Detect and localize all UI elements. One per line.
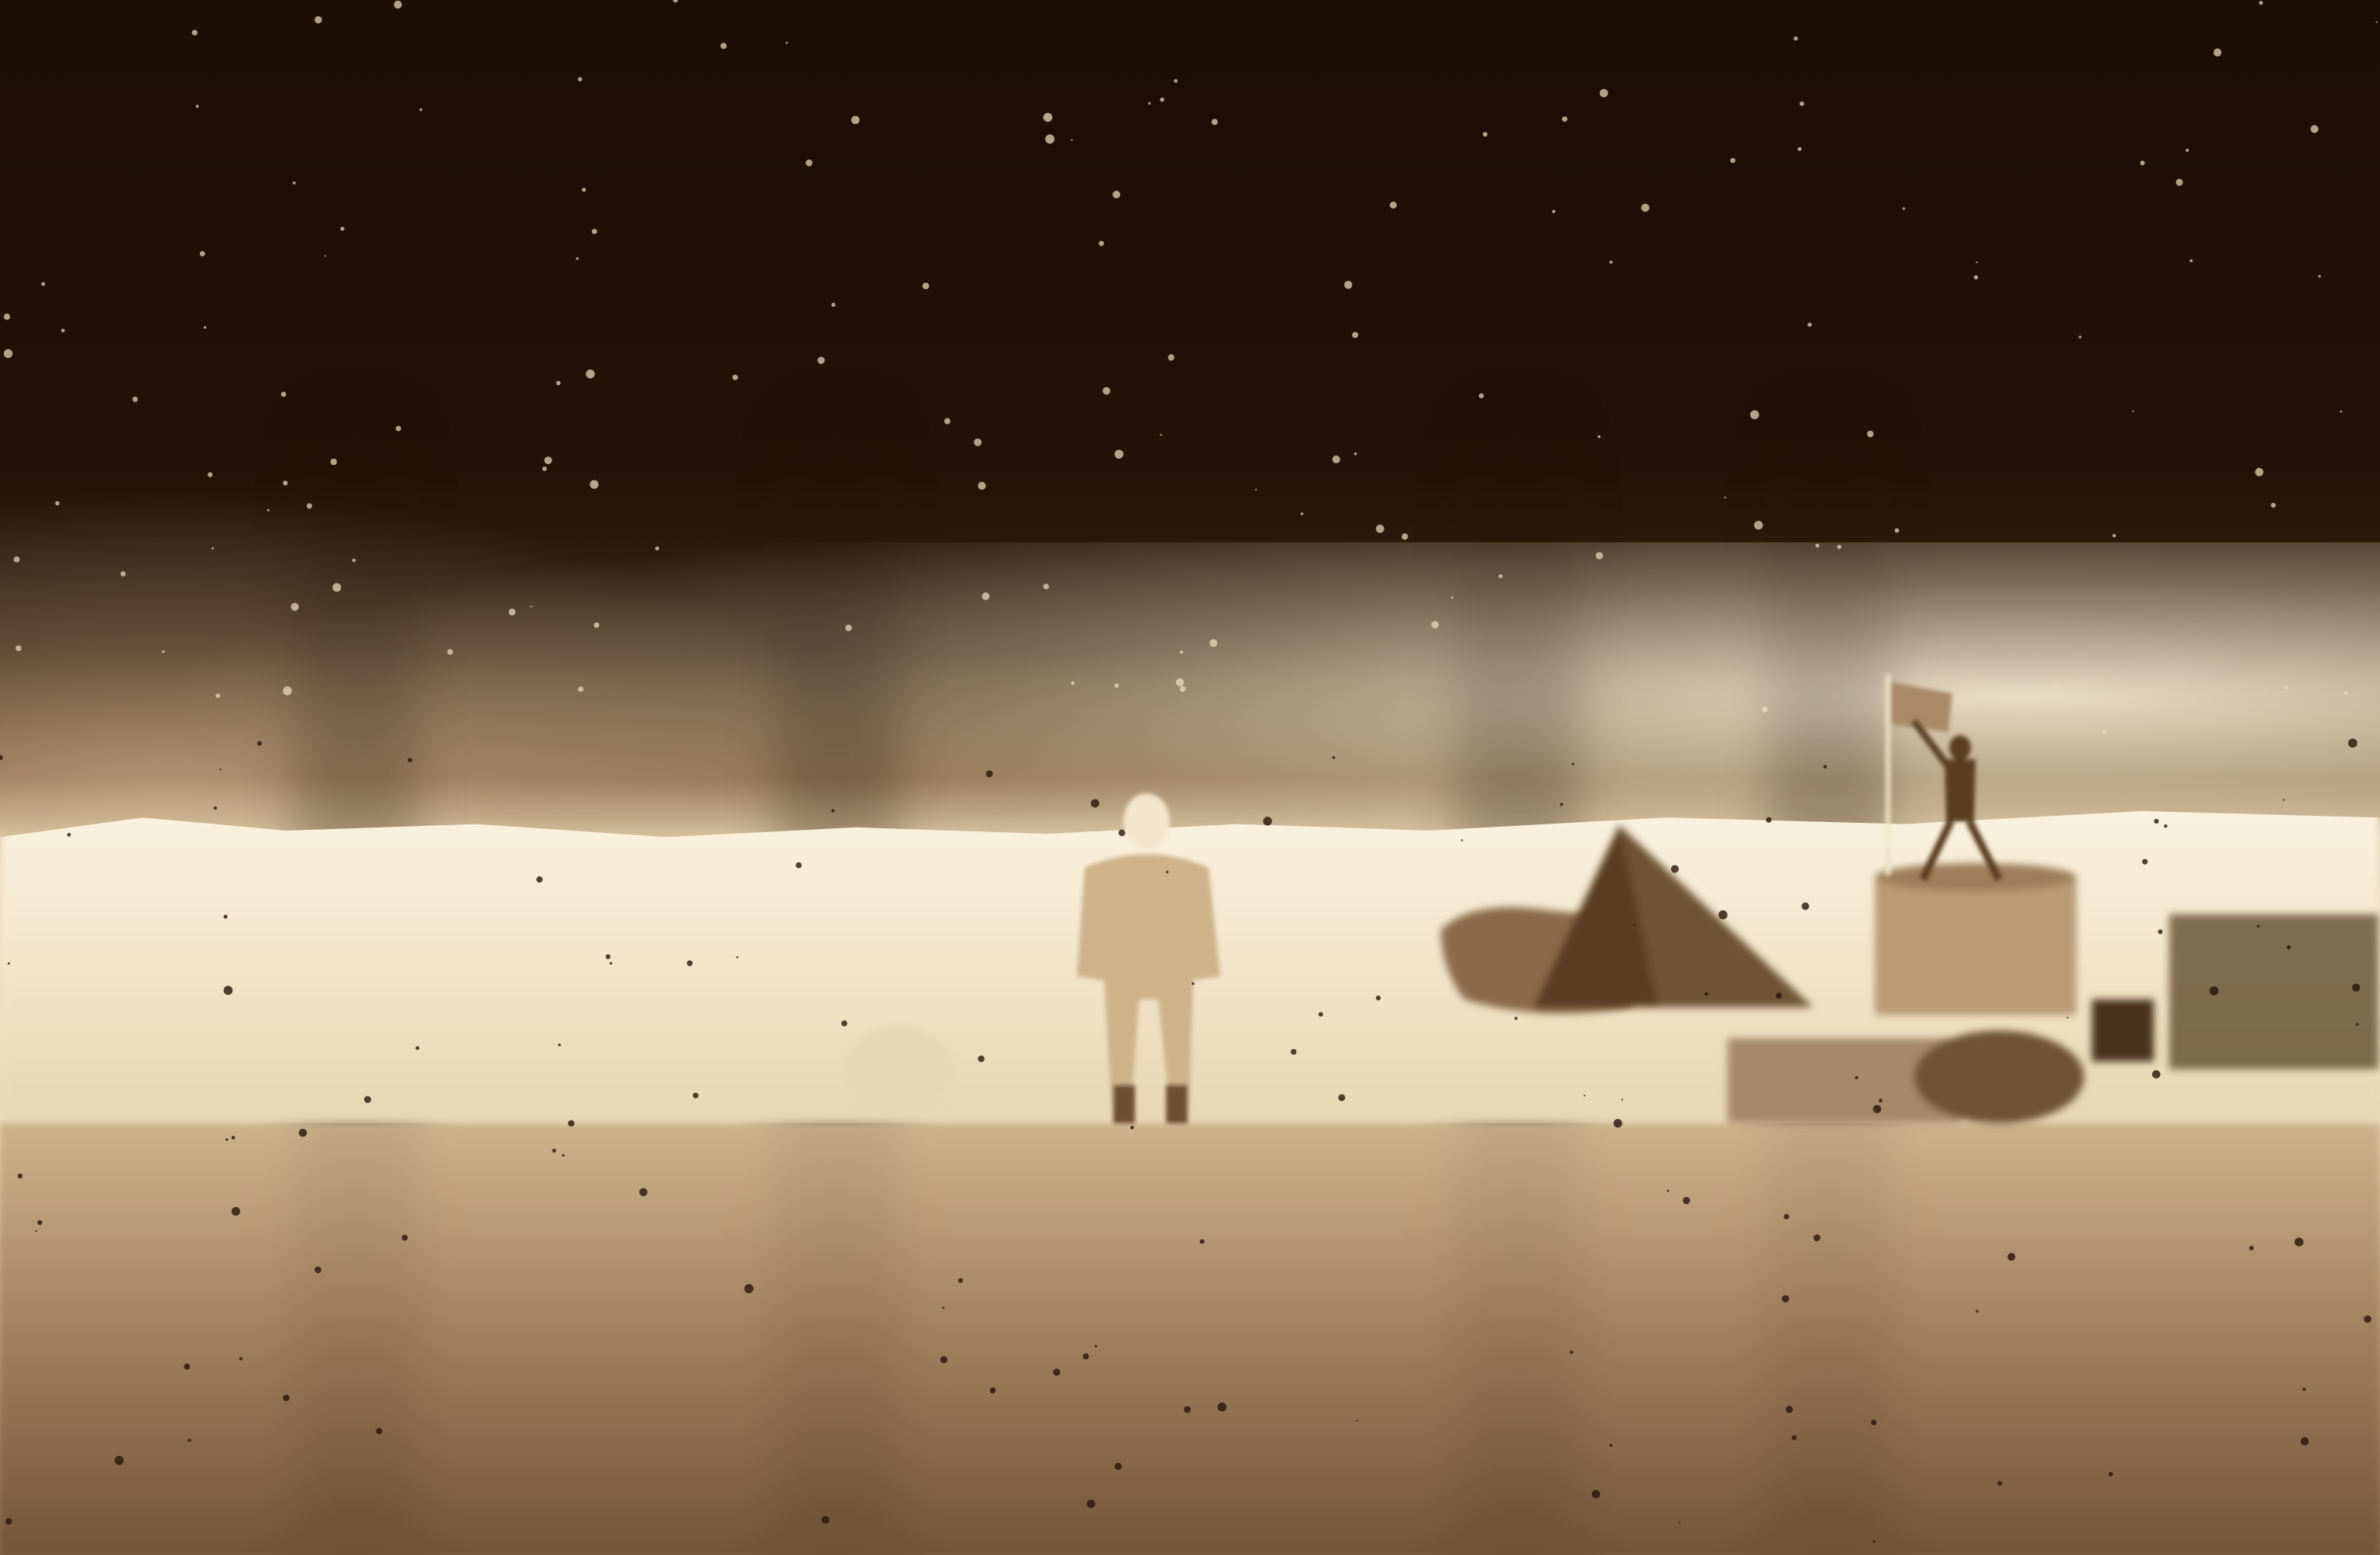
scene-figures	[0, 0, 2380, 1555]
standing-man	[1077, 793, 1220, 1123]
flag-bearer	[1888, 674, 1999, 879]
arctic-camp-photograph	[0, 0, 2380, 1555]
supply-crate	[1875, 863, 2076, 1015]
ice-mound	[844, 1027, 953, 1112]
